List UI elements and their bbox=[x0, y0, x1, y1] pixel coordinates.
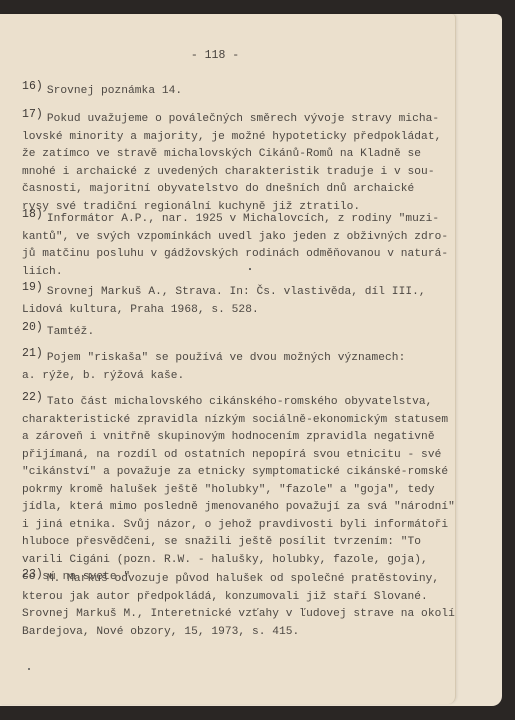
footnote-line: Srovnej Markuš A., Strava. In: Čs. vlast… bbox=[47, 286, 426, 298]
footnote-23: 23)M. Markuš odvozuje původ halušek od s… bbox=[22, 570, 442, 641]
footnote-18: 18)Informátor A.P., nar. 1925 v Michalov… bbox=[22, 210, 442, 281]
footnote-16: 16)Srovnej poznámka 14. bbox=[22, 82, 442, 101]
footnote-line: i jiná etnika. Svůj názor, o jehož pravd… bbox=[22, 517, 442, 535]
footnote-line: mnohé i archaické z uvedených charakteri… bbox=[22, 164, 442, 182]
footnote-line: liích. bbox=[22, 264, 442, 282]
footnote-20: 20)Tamtéž. bbox=[22, 323, 442, 342]
footnote-number: 23) bbox=[22, 568, 43, 581]
footnote-number: 18) bbox=[22, 208, 43, 221]
footnote-line: charakteristické zpravidla nízkým sociál… bbox=[22, 412, 442, 430]
footnote-line: a zároveň i vnitřně skupinovým hodnocení… bbox=[22, 429, 442, 447]
footnote-line: Tamtéž. bbox=[47, 326, 94, 338]
footnote-line: že zatímco ve stravě michalovských Cikán… bbox=[22, 146, 442, 164]
footnote-line: "cikánství" a považuje za etnicky sympto… bbox=[22, 464, 442, 482]
footnote-line: Bardejova, Nové obzory, 15, 1973, s. 415… bbox=[22, 624, 442, 642]
footnote-line: Lidová kultura, Praha 1968, s. 528. bbox=[22, 302, 442, 320]
footnote-line: kantů", ve svých vzpomínkách uvedl jako … bbox=[22, 229, 442, 247]
footnote-line: kterou jak autor předpokládá, konzumoval… bbox=[22, 589, 442, 607]
footnote-19: 19)Srovnej Markuš A., Strava. In: Čs. vl… bbox=[22, 283, 442, 319]
footnote-number: 20) bbox=[22, 321, 43, 334]
footnote-line: Informátor A.P., nar. 1925 v Michalovcíc… bbox=[47, 213, 439, 225]
page-number: - 118 - bbox=[0, 49, 430, 62]
footnote-line: časnosti, majoritní obyvatelstvo do dneš… bbox=[22, 181, 442, 199]
footnote-21: 21)Pojem "riskaša" se používá ve dvou mo… bbox=[22, 349, 442, 385]
footnote-line: jů matčinu posluhu v gádžovských rodinác… bbox=[22, 246, 442, 264]
footnote-line: Pokud uvažujeme o poválečných směrech vý… bbox=[47, 113, 439, 125]
footnote-number: 16) bbox=[22, 80, 43, 93]
footnote-line: lovské minority a majority, je možné hyp… bbox=[22, 129, 442, 147]
footnote-line: přijímaná, na rozdíl od ostatních nepopí… bbox=[22, 447, 442, 465]
paper-speck bbox=[249, 268, 251, 270]
footnote-line: Pojem "riskaša" se používá ve dvou možný… bbox=[47, 352, 405, 364]
footnote-22: 22)Tato část michalovského cikánského-ro… bbox=[22, 393, 442, 587]
footnote-17: 17)Pokud uvažujeme o poválečných směrech… bbox=[22, 110, 442, 216]
footnote-line: pokrmy kromě halušek ještě "holubky", "f… bbox=[22, 482, 442, 500]
footnote-line: Srovnej poznámka 14. bbox=[47, 85, 182, 97]
footnote-number: 17) bbox=[22, 108, 43, 121]
footnote-number: 19) bbox=[22, 281, 43, 294]
footnote-number: 21) bbox=[22, 347, 43, 360]
footnote-line: varili Cigáni (pozn. R.W. - halušky, hol… bbox=[22, 552, 442, 570]
footnote-line: hluboce přesvědčeni, se snažili ještě po… bbox=[22, 534, 442, 552]
footnote-line: Tato část michalovského cikánského-romsk… bbox=[47, 396, 433, 408]
footnote-number: 22) bbox=[22, 391, 43, 404]
footnote-line: Srovnej Markuš M., Interetnické vzťahy v… bbox=[22, 606, 442, 624]
paper-speck bbox=[28, 668, 30, 670]
footnote-line: jídla, která mimo posledně jmenovaného p… bbox=[22, 499, 442, 517]
footnote-line: M. Markuš odvozuje původ halušek od spol… bbox=[47, 573, 439, 585]
footnote-line: a. rýže, b. rýžová kaše. bbox=[22, 368, 442, 386]
